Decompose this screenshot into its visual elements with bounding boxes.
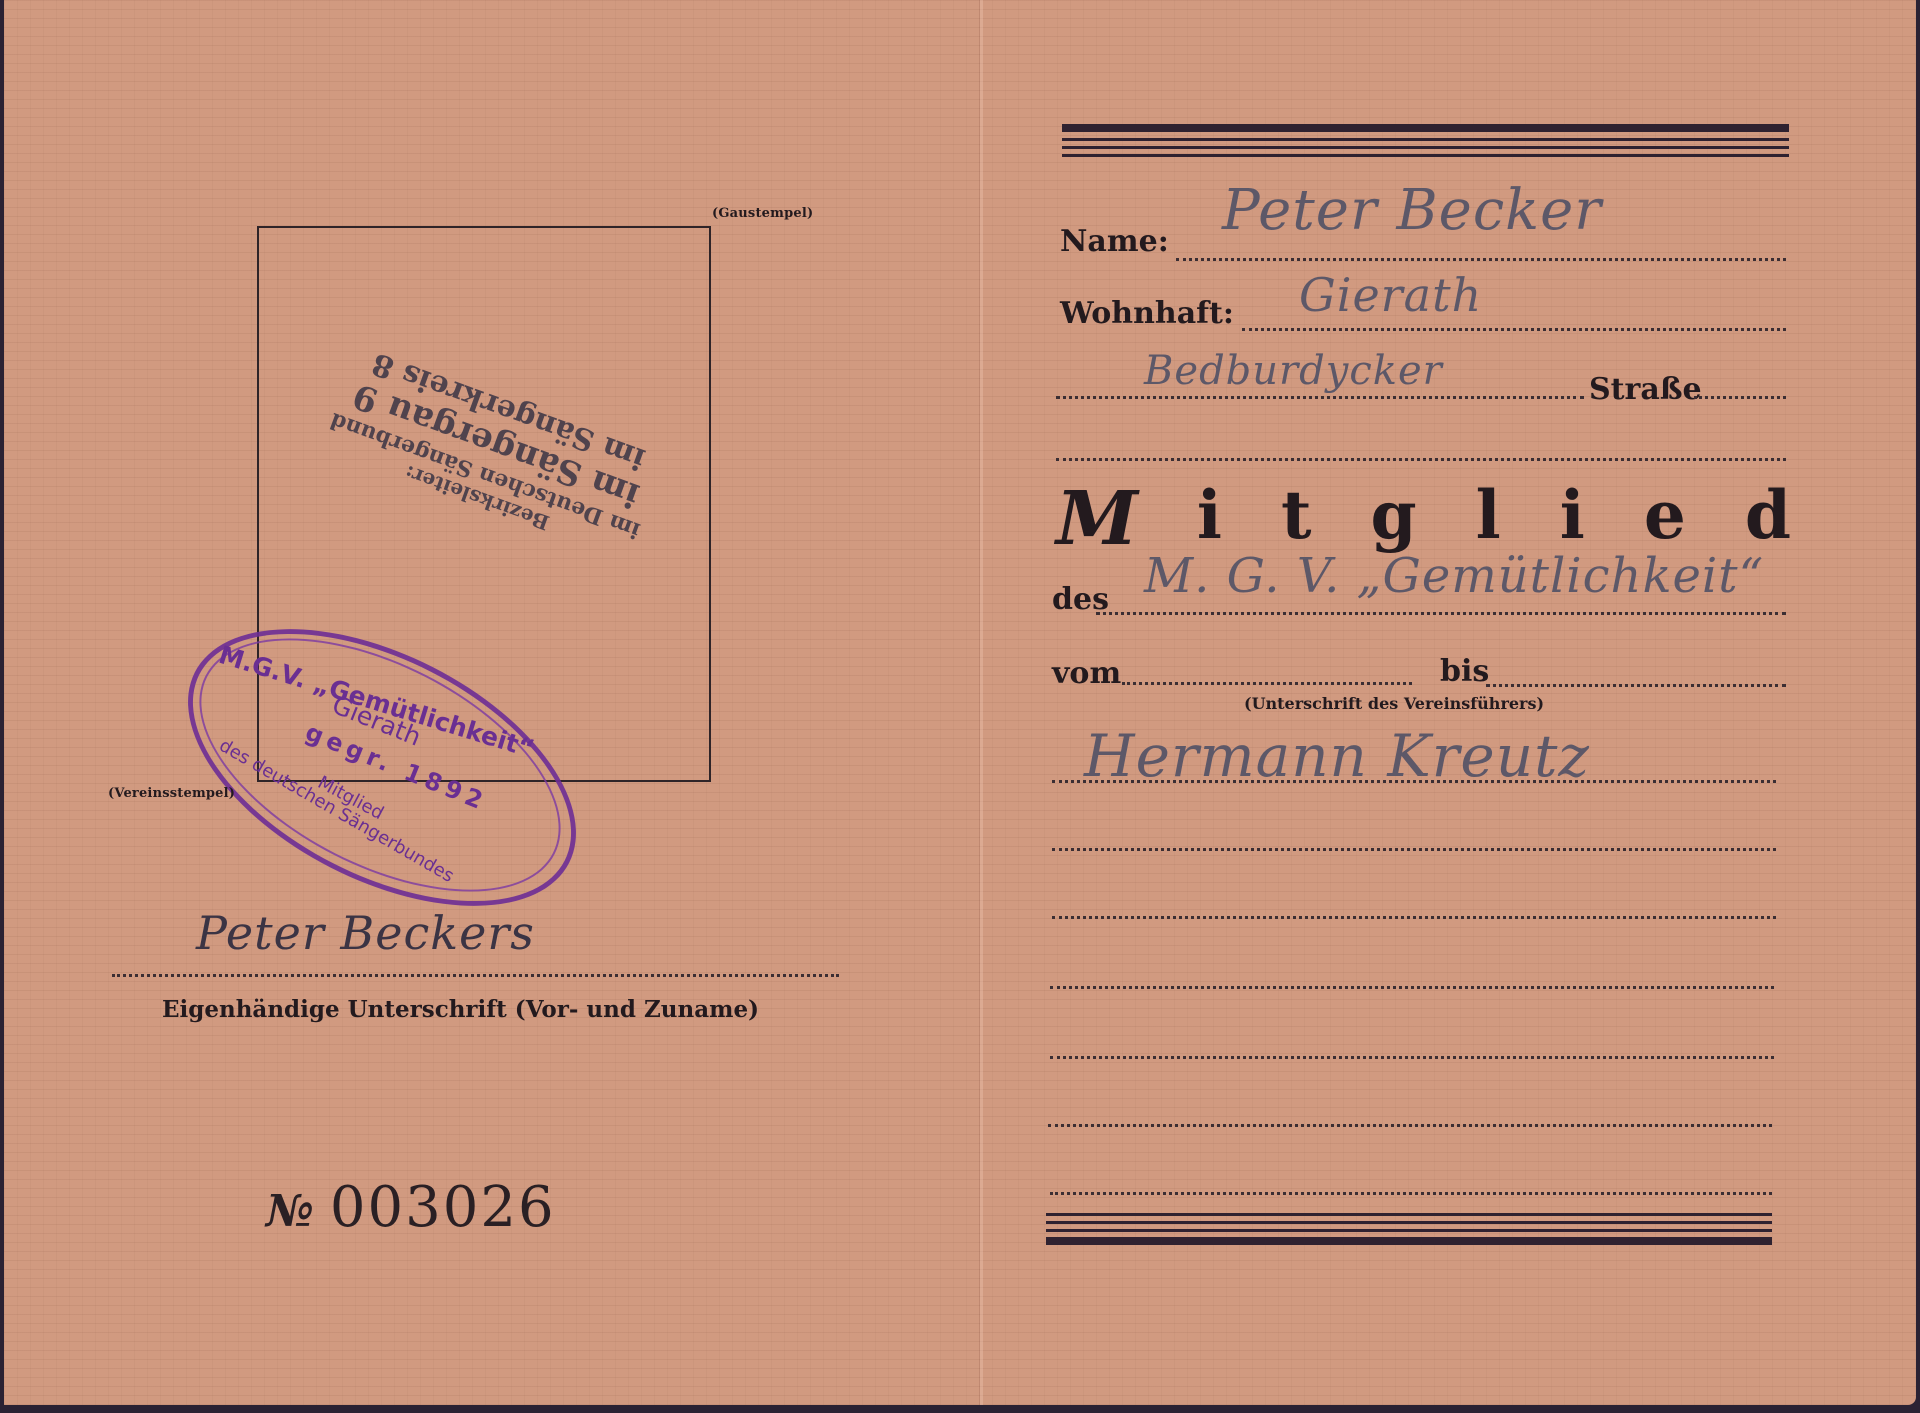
center-fold (980, 0, 983, 1405)
blank-line[interactable] (1052, 916, 1776, 919)
top-rule (1062, 138, 1789, 141)
gau-stamp-label: (Gaustempel) (712, 206, 813, 221)
street-label: Straße (1589, 372, 1702, 407)
leader-caption: (Unterschrift des Vereinsführers) (1244, 694, 1544, 713)
from-line[interactable] (1122, 682, 1412, 685)
residence-label: Wohnhaft: (1060, 296, 1234, 331)
signature-caption: Eigenhändige Unterschrift (Vor- und Zuna… (162, 996, 759, 1023)
bottom-rule (1046, 1229, 1772, 1232)
street-line (1056, 396, 1584, 399)
top-rule-thick (1062, 124, 1789, 132)
signature-line (112, 974, 839, 977)
number-sign: № (266, 1186, 316, 1237)
club-stamp-label: (Vereinsstempel) (108, 786, 235, 801)
leader-signature-line (1052, 780, 1776, 783)
blank-line[interactable] (1050, 1056, 1774, 1059)
title-letter: M (1056, 476, 1138, 562)
blank-line[interactable] (1052, 848, 1776, 851)
street-number-line (1694, 396, 1786, 399)
card-number: №003026 (266, 1175, 556, 1240)
separator-line (1056, 458, 1786, 461)
name-value[interactable]: Peter Becker (1222, 178, 1602, 243)
from-label: vom (1052, 656, 1121, 691)
top-rule (1062, 154, 1789, 157)
blank-line[interactable] (1050, 986, 1774, 989)
bottom-rule-thick (1046, 1237, 1772, 1245)
membership-card: (Gaustempel) Bezirksleiter: im Deutschen… (4, 0, 1916, 1405)
street-value[interactable]: Bedburdycker (1144, 348, 1443, 394)
residence-line (1242, 328, 1786, 331)
blank-line[interactable] (1050, 1192, 1772, 1195)
club-value[interactable]: M. G. V. „Gemütlichkeit“ (1144, 548, 1764, 604)
member-signature: Peter Beckers (196, 906, 535, 960)
residence-value[interactable]: Gierath (1299, 268, 1482, 322)
bottom-rule (1046, 1221, 1772, 1224)
name-label: Name: (1060, 224, 1169, 259)
blank-line[interactable] (1048, 1124, 1772, 1127)
top-rule (1062, 146, 1789, 149)
card-number-value: 003026 (330, 1175, 556, 1240)
name-line (1176, 258, 1786, 261)
club-line (1096, 612, 1786, 615)
bottom-rule (1046, 1213, 1772, 1216)
until-label: bis (1440, 654, 1489, 689)
until-line[interactable] (1486, 684, 1786, 687)
